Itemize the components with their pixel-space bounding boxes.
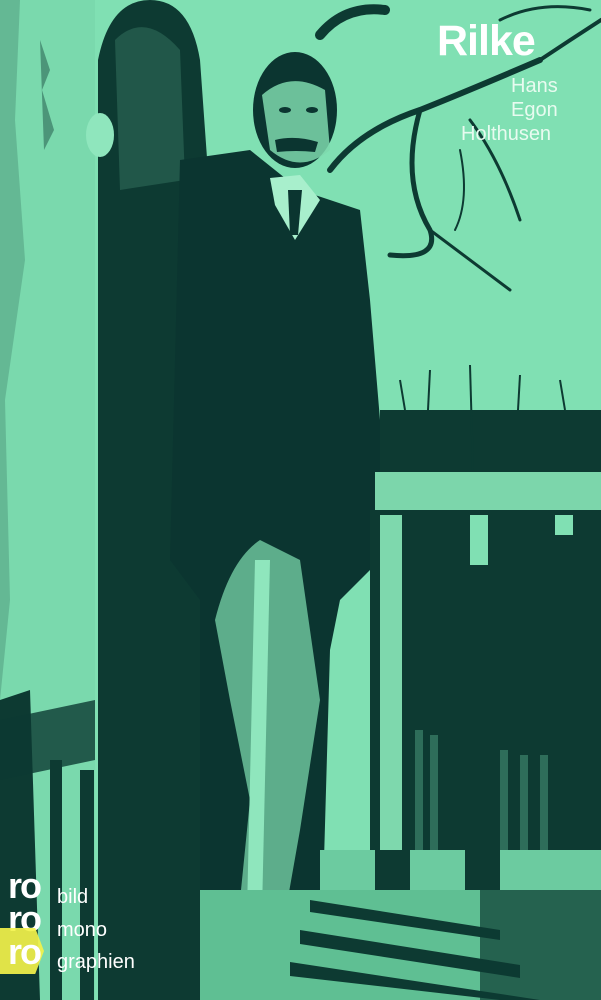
book-cover: Rilke Hans Egon Holthusen ro ro ro bild … xyxy=(0,0,601,1000)
author-last-name: Holthusen xyxy=(461,124,551,144)
series-label-graphien: graphien xyxy=(57,952,135,972)
publisher-logo-ro-3: ro xyxy=(8,934,40,970)
cover-photo xyxy=(0,0,601,1000)
book-title: Rilke xyxy=(437,20,535,63)
series-label-bild: bild xyxy=(57,887,88,907)
author-middle-name: Egon xyxy=(511,100,558,120)
series-label-mono: mono xyxy=(57,920,107,940)
author-first-name: Hans xyxy=(511,76,558,96)
